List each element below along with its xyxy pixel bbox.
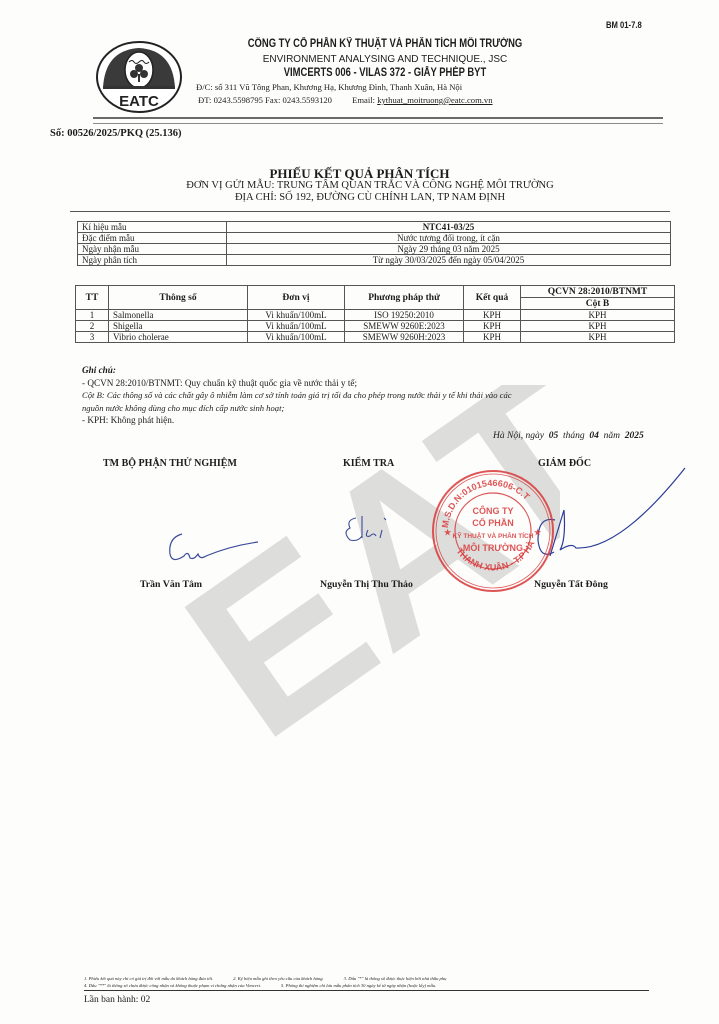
notes: Ghi chú: - QCVN 28:2010/BTNMT: Quy chuẩn… bbox=[82, 364, 682, 427]
table-row: Đặc điểm mẫuNước tương đối trong, ít cặn bbox=[78, 233, 671, 244]
table-row: 1SalmonellaVi khuẩn/100mLISO 19250:2010K… bbox=[76, 310, 675, 321]
svg-text:KỸ THUẬT VÀ PHÂN TÍCH: KỸ THUẬT VÀ PHÂN TÍCH bbox=[453, 531, 534, 540]
svg-text:EATC: EATC bbox=[119, 93, 159, 110]
svg-text:MÔI TRƯỜNG: MÔI TRƯỜNG bbox=[463, 542, 523, 553]
signer-name-dong: Nguyễn Tất Đông bbox=[534, 579, 608, 590]
table-row: Kí hiệu mẫuNTC41-03/25 bbox=[78, 222, 671, 233]
svg-text:CÔNG TY: CÔNG TY bbox=[472, 505, 513, 516]
form-code: BM 01-7.8 bbox=[606, 20, 642, 30]
signer-name-tam: Trần Văn Tâm bbox=[140, 579, 202, 590]
results-table: TT Thông số Đơn vị Phương pháp thử Kết q… bbox=[75, 285, 675, 343]
svg-text:CỔ PHẦN: CỔ PHẦN bbox=[472, 517, 514, 528]
table-row: Ngày phân tíchTừ ngày 30/03/2025 đến ngà… bbox=[78, 255, 671, 266]
company-name-en: ENVIRONMENT ANALYSING AND TECHNIQUE., JS… bbox=[190, 54, 580, 65]
signature-tam bbox=[160, 520, 270, 570]
email-label: Email: bbox=[352, 95, 375, 105]
note-line: - QCVN 28:2010/BTNMT: Quy chuẩn kỹ thuật… bbox=[82, 377, 682, 390]
company-address: Đ/C: số 311 Vũ Tông Phan, Khương Hạ, Khư… bbox=[196, 82, 462, 92]
company-certifications: VIMCERTS 006 - VILAS 372 - GIẤY PHÉP BYT bbox=[225, 67, 545, 79]
company-name-vn: CÔNG TY CỔ PHẦN KỸ THUẬT VÀ PHÂN TÍCH MÔ… bbox=[225, 38, 545, 50]
table-header-row: TT Thông số Đơn vị Phương pháp thử Kết q… bbox=[76, 286, 675, 298]
signature-thao bbox=[340, 508, 400, 548]
signer-name-thao: Nguyễn Thị Thu Thảo bbox=[320, 579, 413, 590]
header-divider bbox=[93, 117, 663, 124]
sender-address: ĐỊA CHỈ: SỐ 192, ĐƯỜNG CÙ CHÍNH LAN, TP … bbox=[0, 192, 719, 203]
note-line: nguồn nước không dùng cho mục đích cấp n… bbox=[82, 402, 682, 415]
table-row: 3Vibrio choleraeVi khuẩn/100mLSMEWW 9260… bbox=[76, 332, 675, 343]
title-divider bbox=[70, 211, 670, 212]
svg-text:★: ★ bbox=[444, 528, 452, 537]
document-number: Số: 00526/2025/PKQ (25.136) bbox=[50, 128, 182, 139]
company-logo: EATC bbox=[95, 40, 183, 114]
table-row: Ngày nhận mẫuNgày 29 tháng 03 năm 2025 bbox=[78, 244, 671, 255]
company-stamp: M.S.D.N:0101546606-C.T THANH XUÂN - T.P … bbox=[428, 466, 558, 596]
sample-info-table: Kí hiệu mẫuNTC41-03/25 Đặc điểm mẫuNước … bbox=[77, 221, 671, 266]
note-line: - KPH: Không phát hiện. bbox=[82, 414, 682, 427]
table-row: 2ShigellaVi khuẩn/100mLSMEWW 9260E:2023K… bbox=[76, 321, 675, 332]
signature-title-lab: TM BỘ PHẬN THỬ NGHIỆM bbox=[103, 458, 237, 469]
issue-date: Hà Nội, ngày 05 tháng 04 năm 2025 bbox=[493, 431, 644, 441]
phone-fax: ĐT: 0243.5598795 Fax: 0243.5593120 bbox=[198, 95, 332, 105]
notes-heading: Ghi chú: bbox=[82, 364, 682, 377]
email-link[interactable]: kythuat_moitruong@eatc.com.vn bbox=[377, 95, 492, 105]
company-contact: ĐT: 0243.5598795 Fax: 0243.5593120 Email… bbox=[198, 95, 493, 105]
note-line: Cột B: Các thông số và các chất gây ô nh… bbox=[82, 389, 682, 402]
signature-title-inspector: KIỂM TRA bbox=[343, 458, 394, 469]
footer-notes: 1. Phiếu kết quả này chỉ có giá trị đối … bbox=[84, 975, 649, 991]
issue-version: Lần ban hành: 02 bbox=[84, 995, 150, 1005]
svg-text:★: ★ bbox=[534, 528, 542, 537]
sender: ĐƠN VỊ GỬI MẪU: TRUNG TÂM QUAN TRẮC VÀ C… bbox=[0, 180, 719, 191]
